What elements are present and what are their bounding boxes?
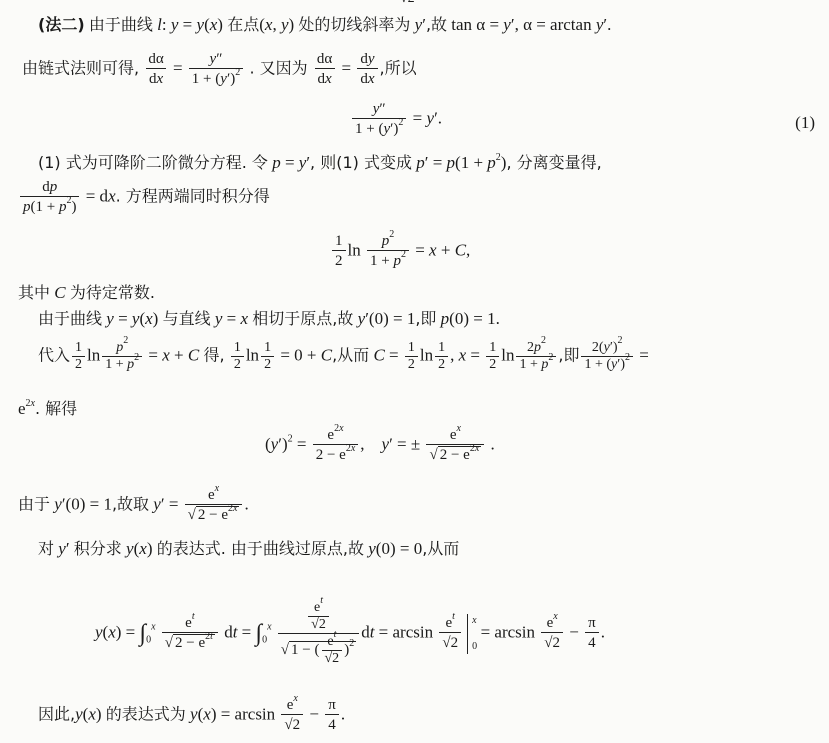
equation-2: 12ln p21 + p2 = x + C, xyxy=(330,232,470,271)
paragraph-integrate: 对 y′ 积分求 y(x) 的表达式. 由于曲线过原点,故 y(0) = 0,从… xyxy=(38,538,459,560)
paragraph-tangent-origin: 由于曲线 y = y(x) 与直线 y = x 相切于原点,故 y′(0) = … xyxy=(38,308,500,330)
paragraph-chain-rule: 由链式法则可得, dαdx = y″1 + (y′)2 . 又因为 dαdx =… xyxy=(22,50,417,89)
paragraph-substitute-cont: e2x. 解得 xyxy=(18,398,77,420)
paragraph-conclusion: 因此,y(x) 的表达式为 y(x) = arcsin ex√2 − π4. xyxy=(38,696,345,735)
equation-3: (y′)2 = e2x2 − e2x, y′ = ± ex√2 − e2x . xyxy=(265,426,495,465)
document-page: √2 (法二) 由于曲线 l: y = y(x) 在点(x, y) 处的切线斜率… xyxy=(0,0,829,743)
method-label: (法二) xyxy=(38,15,85,34)
paragraph-choose-sign: 由于 y′(0) = 1,故取 y′ = ex√2 − e2x. xyxy=(18,486,249,525)
paragraph-separate: dpp(1 + p2) = dx. 方程两端同时积分得 xyxy=(18,178,270,217)
top-fragment: √2 xyxy=(400,0,415,10)
paragraph-substitute: 代入12lnp21 + p2 = x + C 得, 12ln12 = 0 + C… xyxy=(38,340,649,373)
paragraph-reduce-order: (1) 式为可降阶二阶微分方程. 令 p = y′, 则(1) 式变成 p′ =… xyxy=(38,152,602,174)
paragraph-constant: 其中 C 为待定常数. xyxy=(18,282,155,304)
equation-1: y″1 + (y′)2 = y′. xyxy=(350,100,442,139)
paragraph-method2: (法二) 由于曲线 l: y = y(x) 在点(x, y) 处的切线斜率为 y… xyxy=(38,14,611,36)
equation-number-1: (1) xyxy=(795,112,815,134)
equation-4: y(x) = ∫0x et√2 − e2t dt = ∫0x et√2√1 − … xyxy=(95,600,605,667)
